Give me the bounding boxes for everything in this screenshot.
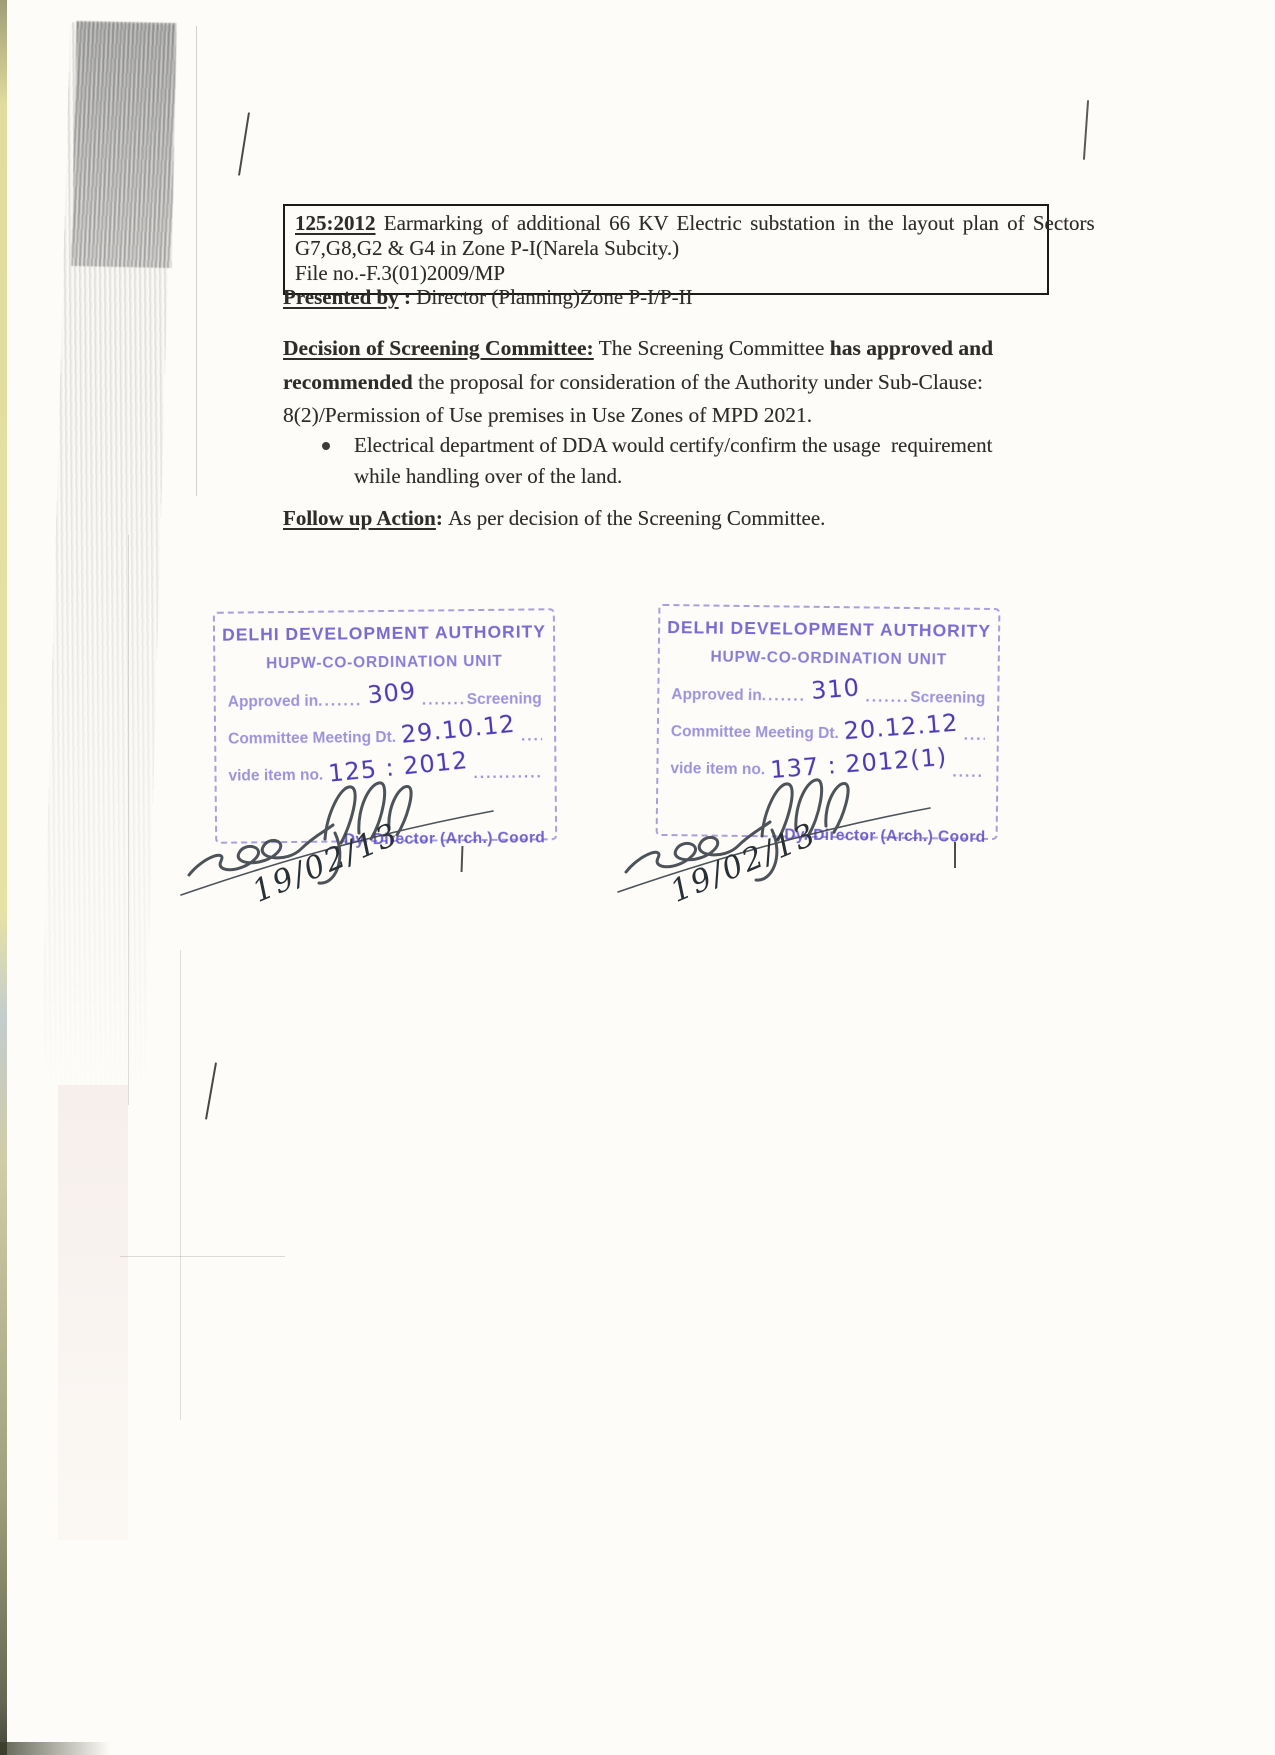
stamp-meeting-prefix: Committee Meeting Dt. bbox=[228, 729, 396, 749]
list-item: Electrical department of DDA would certi… bbox=[322, 430, 1022, 492]
presented-by-value: Director (Planning)Zone P-I/P-II bbox=[416, 285, 692, 309]
stamp-meeting-row: Committee Meeting Dt. 29.10.12 .........… bbox=[228, 718, 542, 747]
stamp-dotted-leader: .......................... bbox=[318, 692, 363, 710]
follow-up-line: Follow up Action: As per decision of the… bbox=[283, 505, 825, 531]
stamp-approved-row: Approved in .......................... 3… bbox=[228, 681, 542, 710]
stamp-dotted-leader: .......................... bbox=[865, 688, 910, 707]
case-file-number: File no.-F.3(01)2009/MP bbox=[295, 261, 1037, 286]
stamp-approved-row: Approved in .......................... 3… bbox=[671, 677, 985, 707]
stamp-org-line: DELHI DEVELOPMENT AUTHORITY bbox=[215, 621, 553, 646]
case-subject-line2: G7,G8,G2 & G4 in Zone P-I(Narela Subcity… bbox=[295, 236, 1037, 261]
stamp-meeting-row: Committee Meeting Dt. 20.12.12 .........… bbox=[671, 714, 985, 744]
bullet-dot-icon bbox=[322, 442, 330, 450]
copy-edge-line-artifact bbox=[128, 535, 129, 1105]
stray-pen-mark bbox=[1083, 100, 1089, 160]
corner-smudge-artifact bbox=[0, 1742, 110, 1755]
follow-up-value: As per decision of the Screening Committ… bbox=[448, 506, 825, 530]
stamp-approved-suffix: Screening bbox=[467, 690, 542, 709]
copy-edge-line-artifact bbox=[120, 1256, 285, 1257]
presented-by-label: Presented by bbox=[283, 285, 399, 309]
stamp-dotted-leader: ...................................... bbox=[521, 727, 542, 745]
case-subject-line1: 125:2012 Earmarking of additional 66 KV … bbox=[295, 211, 1037, 236]
stamp-approved-number-handwritten: 309 bbox=[361, 676, 422, 710]
case-item-number: 125:2012 bbox=[295, 211, 376, 235]
stamp-approved-prefix: Approved in bbox=[228, 693, 319, 712]
stamp-approved-prefix: Approved in bbox=[671, 686, 762, 705]
scan-edge-strip-artifact bbox=[0, 0, 7, 1755]
stamp-dotted-leader: ...................................... bbox=[964, 727, 985, 745]
photocopy-streak-dark-top-artifact bbox=[71, 21, 176, 268]
stamp-approved-number-handwritten: 310 bbox=[805, 673, 866, 705]
stamp-org-line: DELHI DEVELOPMENT AUTHORITY bbox=[660, 617, 998, 642]
decision-paragraph: Decision of Screening Committee: The Scr… bbox=[283, 332, 1048, 433]
scanned-document-page: 125:2012 Earmarking of additional 66 KV … bbox=[0, 0, 1275, 1755]
follow-up-separator: : bbox=[436, 506, 448, 530]
faint-pink-streak-artifact bbox=[58, 1085, 128, 1540]
bullet-text: Electrical department of DDA would certi… bbox=[354, 430, 1022, 492]
bullet-list: Electrical department of DDA would certi… bbox=[322, 430, 1022, 492]
copy-edge-line-artifact bbox=[196, 26, 197, 496]
follow-up-label: Follow up Action bbox=[283, 506, 436, 530]
presented-by-line: Presented by : Director (Planning)Zone P… bbox=[283, 284, 693, 310]
stamp-unit-line: HUPW-CO-ORDINATION UNIT bbox=[660, 648, 998, 670]
decision-label: Decision of Screening Committee: bbox=[283, 336, 594, 360]
stamp-unit-line: HUPW-CO-ORDINATION UNIT bbox=[215, 652, 553, 674]
case-header-box: 125:2012 Earmarking of additional 66 KV … bbox=[283, 204, 1049, 295]
decision-lead: The Screening Committee bbox=[594, 336, 830, 360]
stamp-dotted-leader: ...................................... bbox=[952, 764, 984, 782]
stray-pen-mark bbox=[238, 112, 250, 176]
stamp-meeting-date-handwritten: 20.12.12 bbox=[838, 708, 965, 745]
presented-by-separator: : bbox=[399, 285, 417, 309]
stamp-meeting-prefix: Committee Meeting Dt. bbox=[671, 723, 839, 743]
stamp-meeting-date-handwritten: 29.10.12 bbox=[395, 709, 522, 749]
stamp-dotted-leader: .......................... bbox=[422, 691, 467, 709]
photocopy-streak-artifact bbox=[40, 22, 175, 1100]
case-subject-text: Earmarking of additional 66 KV Electric … bbox=[384, 211, 1095, 235]
stray-pen-mark bbox=[205, 1062, 217, 1119]
stamp-approved-suffix: Screening bbox=[910, 689, 985, 708]
copy-edge-line-artifact bbox=[180, 950, 181, 1420]
stamp-dotted-leader: .......................... bbox=[762, 687, 807, 706]
